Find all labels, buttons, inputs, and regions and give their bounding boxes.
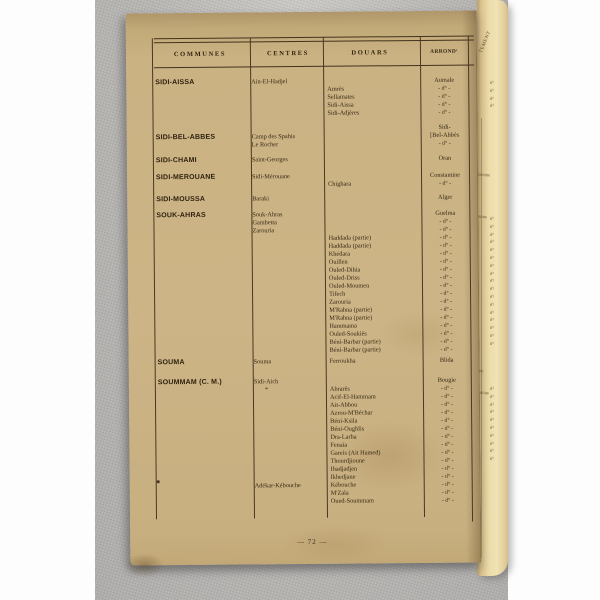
next-page-ditto-mark: d° xyxy=(490,401,495,407)
next-page-ditto-mark: d° xyxy=(490,80,495,86)
centre-name: Souma xyxy=(254,358,324,367)
next-page-ditto-mark: d° xyxy=(490,95,495,101)
commune-name: SIDI-MOUSSA xyxy=(156,195,250,204)
ink-speck xyxy=(157,480,160,483)
next-page-header-fragment: TEMENT xyxy=(479,30,492,53)
next-page-ditto-mark: d° xyxy=(490,432,495,438)
table-line: SIDI-MOUSSABarakiAlger xyxy=(127,193,477,204)
column-header-centres: CENTRES xyxy=(267,50,309,57)
next-page-ditto-mark: d° xyxy=(490,294,495,300)
commune-section: SOUMMAM (C. M.)Sidi-AichBougie*Abrarès- … xyxy=(129,376,479,379)
next-page-ditto-mark: d° xyxy=(490,448,495,454)
commune-name: SIDI-CHAMI xyxy=(156,156,250,165)
next-page-ditto-mark: d° xyxy=(490,262,495,268)
table-line: Sidi-Adjères- d° - xyxy=(126,108,476,119)
next-page-ditto-mark: d° xyxy=(490,286,495,292)
column-header-communes: COMMUNES xyxy=(174,51,226,58)
next-page-ditto-mark: d° xyxy=(490,87,495,93)
douar-name: Sidi-Adjères xyxy=(327,109,419,118)
column-header-douars: DOUARS xyxy=(351,49,388,56)
douar-name: Ferroukha xyxy=(330,357,422,366)
table-line: SIDI-CHAMISaint-GeorgesOran xyxy=(127,154,477,165)
next-page-ditto-mark: d° xyxy=(490,309,495,315)
arrondissement-value: - d° - xyxy=(424,346,470,354)
next-page-ditto-mark: d° xyxy=(490,333,495,339)
arrondissement-value: - d° - xyxy=(425,497,471,505)
commune-name: SOUMA xyxy=(158,358,252,367)
arrondissement-value: Alger xyxy=(422,194,468,202)
table-line: SOUMASoumaFerroukhaBlida xyxy=(129,356,479,367)
arrondissement-value: - d° - xyxy=(421,109,467,117)
next-page-ditto-mark: d° xyxy=(490,386,495,392)
commune-section: SIDI-MEROUANESidi-MérouaneConstantineChi… xyxy=(127,171,477,174)
page-number: — 72 — xyxy=(297,538,328,546)
next-page-ditto-mark: d° xyxy=(490,239,495,245)
next-page-edge: TEMENT tantinentinegerantined°d°d°d°d°d°… xyxy=(477,0,508,576)
arrondissement-value: - d° - xyxy=(422,180,468,188)
next-page-word-fragment: tantine xyxy=(478,172,491,178)
next-page-ditto-mark: d° xyxy=(490,440,495,446)
column-header-arrond: ARRONDᵗ xyxy=(430,49,458,55)
table-line: Le Rocher- d° - xyxy=(127,139,477,150)
next-page-ditto-mark: d° xyxy=(490,278,495,284)
next-page-ditto-mark: d° xyxy=(490,223,495,229)
next-page-ditto-mark: d° xyxy=(490,456,495,462)
commune-section: SOUMASoumaFerroukhaBlida xyxy=(129,356,479,359)
next-page-ditto-mark: d° xyxy=(490,231,495,237)
next-page-ditto-mark: d° xyxy=(490,340,495,346)
commune-section: SOUK-AHRASSouk-AhrasGuelmaGambetta- d° -… xyxy=(127,209,477,212)
next-page-ditto-mark: d° xyxy=(490,103,495,109)
next-page-ditto-mark: d° xyxy=(490,425,495,431)
next-page-ditto-mark: d° xyxy=(490,417,495,423)
commune-section: SIDI-CHAMISaint-GeorgesOran xyxy=(127,154,477,157)
next-page-ditto-mark: d° xyxy=(490,270,495,276)
next-page-ditto-mark: d° xyxy=(490,255,495,261)
centre-name: Le Rocher xyxy=(252,141,322,150)
header-underline xyxy=(154,65,474,69)
next-page-ditto-mark: d° xyxy=(490,301,495,307)
douar-name: Chighara xyxy=(328,180,420,189)
commune-section: Sidi-SIDI-BEL-ABBESCamp des Spahis[Bel-A… xyxy=(127,123,477,126)
douar-name: Béni-Barbar (partie) xyxy=(330,346,422,355)
centre-name: Saint-Georges xyxy=(252,156,322,165)
douar-name: Oued-Soummam xyxy=(331,497,423,506)
next-page-ditto-mark: d° xyxy=(490,247,495,253)
arrondissement-value: Oran xyxy=(422,155,468,163)
arrondissement-value: Blida xyxy=(424,357,470,365)
next-page-ditto-mark: d° xyxy=(490,409,495,415)
next-page-word-fragment: ntine xyxy=(478,214,487,220)
table-top-rule-2 xyxy=(154,39,474,43)
commune-section: SIDI-MOUSSABarakiAlger xyxy=(127,193,477,196)
next-page-ditto-mark: d° xyxy=(490,317,495,323)
photo-canvas: TEMENT tantinentinegerantined°d°d°d°d°d°… xyxy=(0,0,600,600)
next-page-column-rule xyxy=(481,118,482,558)
table-line: Chighara- d° - xyxy=(127,179,477,190)
book-page: COMMUNES CENTRES DOUARS ARRONDᵗ SIDI-AIS… xyxy=(126,10,482,565)
next-page-ditto-mark: d° xyxy=(490,325,495,331)
table-line: Béni-Barbar (partie)- d° - xyxy=(129,345,479,356)
next-page-ditto-mark: d° xyxy=(490,393,495,399)
table-line: Oued-Soummam- d° - xyxy=(130,496,480,507)
commune-section: SIDI-AISSAAin-El-HadjelAumaleAmrès- d° -… xyxy=(126,76,476,79)
next-page-ditto-mark: d° xyxy=(490,216,495,222)
arrondissement-value: - d° - xyxy=(422,140,468,148)
centre-name: Baraki xyxy=(252,195,322,204)
